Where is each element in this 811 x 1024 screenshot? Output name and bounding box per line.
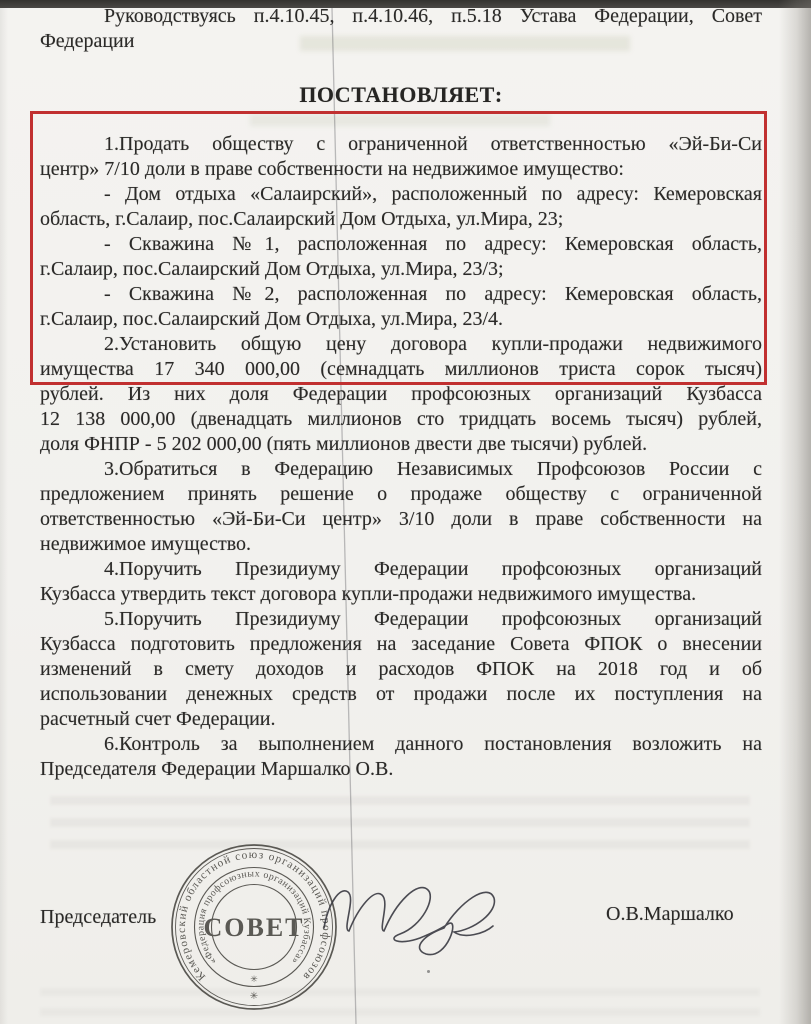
doc-line: изменений в смету доходов и расходов ФПО… <box>40 657 762 682</box>
list-item-dom-otdyha: - Дом отдыха «Салаирский», расположенный… <box>40 182 762 232</box>
stamp-star-icon: ✳ <box>250 974 258 984</box>
list-item-skvazhina-1: - Скважина №1, расположенная по адресу: … <box>40 232 762 282</box>
document-text: Руководствуясь п.4.10.45, п.4.10.46, п.5… <box>40 4 762 782</box>
resolution-heading: ПОСТАНОВЛЯЕТ: <box>40 82 762 108</box>
scanned-document-page: Руководствуясь п.4.10.45, п.4.10.46, п.5… <box>0 0 811 1024</box>
paragraph-6: 6.Контроль за выполнением данного постан… <box>40 732 762 782</box>
doc-line: 5.Поручить Президиуму Федерации профсоюз… <box>40 607 762 632</box>
doc-line: - Скважина №1, расположенная по адресу: … <box>40 232 762 257</box>
doc-line: Кузбасса подготовить предложения на засе… <box>40 632 762 657</box>
paragraph-3: 3.Обратиться в Федерацию Независимых Про… <box>40 457 762 557</box>
doc-line: - Скважина №2, расположенная по адресу: … <box>40 282 762 307</box>
doc-line: Федерации <box>40 29 762 54</box>
doc-line: 6.Контроль за выполнением данного постан… <box>40 732 762 757</box>
doc-line: 1.Продать обществу с ограниченной ответс… <box>40 132 762 157</box>
doc-line: область, г.Салаир, пос.Салаирский Дом От… <box>40 207 762 232</box>
doc-line: доля ФНПР - 5 202 000,00 (пять миллионов… <box>40 432 762 457</box>
doc-line: 2.Установить общую цену договора купли-п… <box>40 332 762 357</box>
doc-line: г.Салаир, пос.Салаирский Дом Отдыха, ул.… <box>40 257 762 282</box>
doc-line: - Дом отдыха «Салаирский», расположенный… <box>40 182 762 207</box>
doc-line: 4.Поручить Президиуму Федерации профсоюз… <box>40 557 762 582</box>
doc-line: Кузбасса утвердить текст договора купли-… <box>40 582 762 607</box>
intro-paragraph: Руководствуясь п.4.10.45, п.4.10.46, п.5… <box>40 4 762 54</box>
doc-line: г.Салаир, пос.Салаирский Дом Отдыха, ул.… <box>40 307 762 332</box>
scan-top-edge <box>0 0 811 8</box>
doc-line: использовании денежных средств от продаж… <box>40 682 762 707</box>
paragraph-4: 4.Поручить Президиуму Федерации профсоюз… <box>40 557 762 607</box>
doc-line: ответственностью «Эй-Би-Си центр» 3/10 д… <box>40 507 762 532</box>
doc-line: предложением принять решение о продаже о… <box>40 482 762 507</box>
stamp-center-text: СОВЕТ <box>203 913 304 942</box>
signatory-name: О.В.Маршалко <box>606 903 734 926</box>
doc-line: расчетный счет Федерации. <box>40 707 762 732</box>
handwritten-signature <box>296 840 506 980</box>
doc-line: 12 138 000,00 (двенадцать миллионов сто … <box>40 407 762 432</box>
doc-line: центр» 7/10 доли в праве собственности н… <box>40 157 762 182</box>
doc-line: 3.Обратиться в Федерацию Независимых Про… <box>40 457 762 482</box>
doc-line: имущества 17 340 000,00 (семнадцать милл… <box>40 357 762 382</box>
paragraph-1: 1.Продать обществу с ограниченной ответс… <box>40 132 762 182</box>
stamp-star-icon: ✳ <box>250 991 258 1002</box>
signatory-role-label: Председатель <box>40 906 156 929</box>
doc-line: Председателя Федерации Маршалко О.В. <box>40 757 762 782</box>
doc-line: недвижимое имущество. <box>40 532 762 557</box>
list-item-skvazhina-2: - Скважина №2, расположенная по адресу: … <box>40 282 762 332</box>
doc-line: рублей. Из них доля Федерации профсоюзны… <box>40 382 762 407</box>
paragraph-5: 5.Поручить Президиуму Федерации профсоюз… <box>40 607 762 732</box>
paragraph-2: 2.Установить общую цену договора купли-п… <box>40 332 762 457</box>
